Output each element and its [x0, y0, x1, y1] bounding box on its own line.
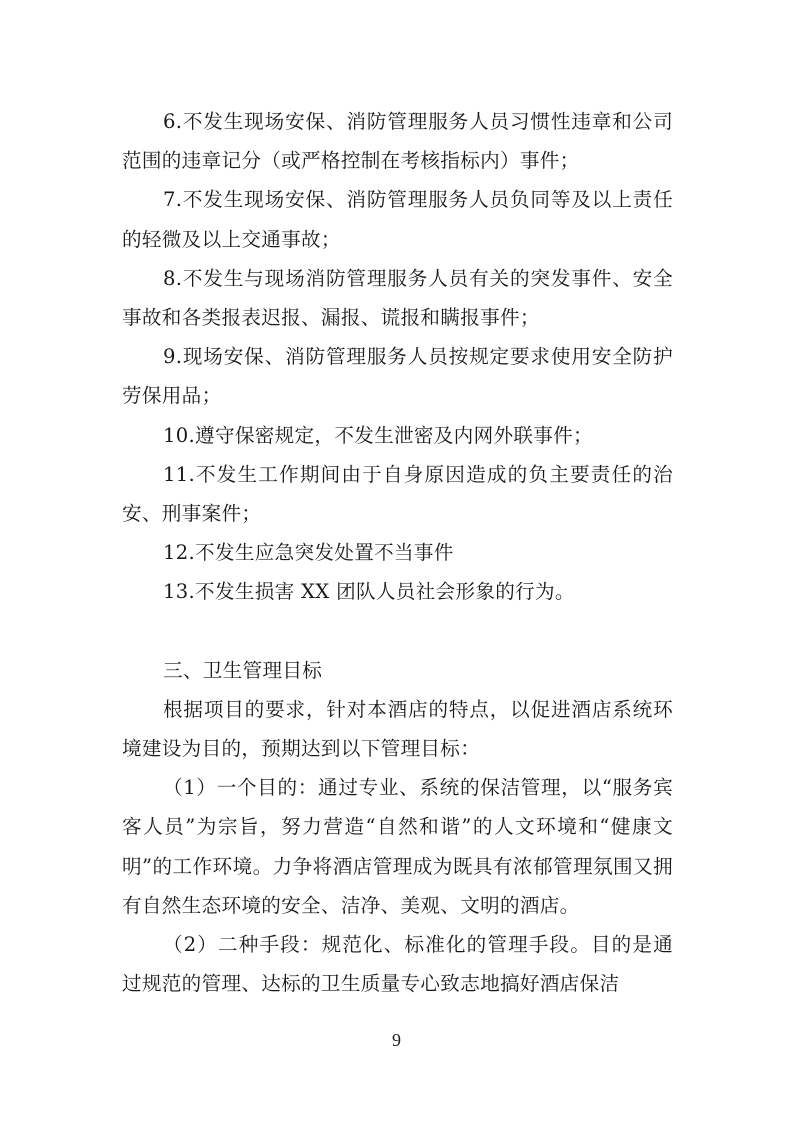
- document-page: 6.不发生现场安保、消防管理服务人员习惯性违章和公司范围的违章记分（或严格控制在…: [122, 102, 673, 1003]
- list-item-10: 10.遵守保密规定，不发生泄密及内网外联事件；: [122, 416, 673, 455]
- list-item-7: 7.不发生现场安保、消防管理服务人员负同等及以上责任的轻微及以上交通事故；: [122, 180, 673, 258]
- list-item-13: 13.不发生损害 XX 团队人员社会形象的行为。: [122, 572, 673, 611]
- section-spacer: [122, 612, 673, 651]
- list-item-6: 6.不发生现场安保、消防管理服务人员习惯性违章和公司范围的违章记分（或严格控制在…: [122, 102, 673, 180]
- section-point-1: （1）一个目的：通过专业、系统的保洁管理，以“服务宾客人员”为宗旨，努力营造“自…: [122, 768, 673, 925]
- list-item-8: 8.不发生与现场消防管理服务人员有关的突发事件、安全事故和各类报表迟报、漏报、谎…: [122, 259, 673, 337]
- list-item-11: 11.不发生工作期间由于自身原因造成的负主要责任的治安、刑事案件；: [122, 455, 673, 533]
- list-item-12: 12.不发生应急突发处置不当事件: [122, 533, 673, 572]
- page-number: 9: [0, 1030, 793, 1051]
- section-heading: 三、卫生管理目标: [122, 651, 673, 690]
- section-point-2: （2）二种手段：规范化、标准化的管理手段。目的是通过规范的管理、达标的卫生质量专…: [122, 925, 673, 1003]
- list-item-9: 9.现场安保、消防管理服务人员按规定要求使用安全防护劳保用品；: [122, 337, 673, 415]
- section-intro: 根据项目的要求，针对本酒店的特点，以促进酒店系统环境建设为目的，预期达到以下管理…: [122, 690, 673, 768]
